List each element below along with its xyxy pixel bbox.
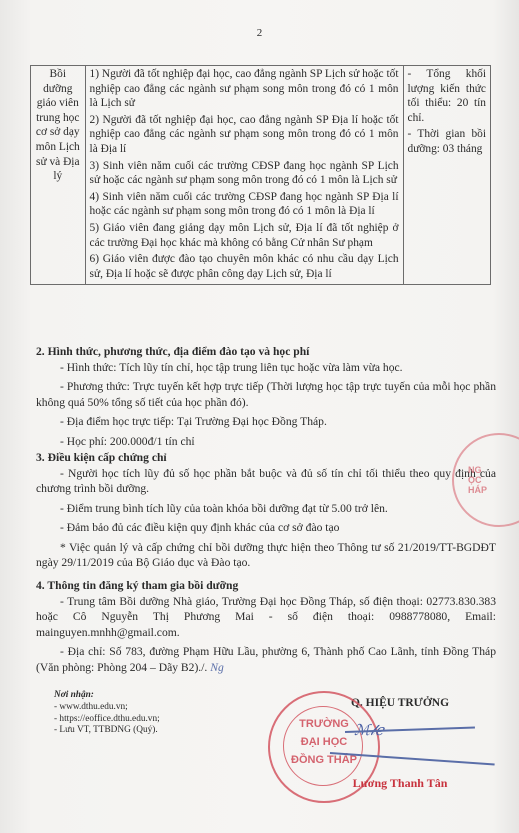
section-heading: 2. Hình thức, phương thức, địa điểm đào …	[36, 344, 496, 360]
paragraph: - Hình thức: Tích lũy tín chỉ, học tập t…	[36, 360, 496, 376]
paragraph: - Địa chỉ: Số 783, đường Phạm Hữu Lầu, p…	[36, 644, 496, 675]
eligibility-item: 6) Giáo viên được đào tạo chuyên môn khá…	[90, 252, 399, 281]
paragraph: - Trung tâm Bồi dưỡng Nhà giáo, Trường Đ…	[36, 594, 496, 641]
section-heading: 3. Điều kiện cấp chứng chỉ	[36, 450, 496, 466]
recipient-item: - Lưu VT, TTBDNG (Quý).	[54, 725, 160, 737]
paragraph: - Phương thức: Trực tuyến kết hợp trực t…	[36, 379, 496, 410]
program-table: Bồi dưỡng giáo viên trung học cơ sở dạy …	[30, 65, 491, 285]
eligibility-cell: 1) Người đã tốt nghiệp đại học, cao đẳng…	[85, 66, 403, 285]
seal-line: HÁP	[468, 485, 487, 495]
paragraph: * Việc quản lý và cấp chứng chỉ bồi dưỡn…	[36, 540, 496, 571]
paragraph: - Học phí: 200.000đ/1 tín chỉ	[36, 434, 496, 450]
section-training-format: 2. Hình thức, phương thức, địa điểm đào …	[36, 344, 496, 449]
recipient-item: - https://eoffice.dthu.edu.vn;	[54, 714, 160, 726]
page-number: 2	[0, 27, 519, 39]
seal-line: NG	[468, 465, 487, 475]
eligibility-item: 3) Sinh viên năm cuối các trường CĐSP đa…	[90, 159, 399, 188]
document-page: 2 Bồi dưỡng giáo viên trung học cơ sở dạ…	[0, 0, 519, 833]
eligibility-item: 2) Người đã tốt nghiệp đại học, cao đẳng…	[90, 113, 399, 157]
section-heading: 4. Thông tin đăng ký tham gia bồi dưỡng	[36, 578, 496, 594]
paragraph: - Địa điểm học trực tiếp: Tại Trường Đại…	[36, 414, 496, 430]
eligibility-item: 4) Sinh viên năm cuối các trường CĐSP đa…	[90, 190, 399, 219]
requirement-item: - Thời gian bồi dưỡng: 03 tháng	[408, 127, 486, 156]
table-row: Bồi dưỡng giáo viên trung học cơ sở dạy …	[31, 66, 491, 285]
recipients-title: Nơi nhận:	[54, 690, 160, 702]
requirement-item: - Tổng khối lượng kiến thức tối thiểu: 2…	[408, 67, 486, 125]
section-certificate-conditions: 3. Điều kiện cấp chứng chỉ - Người học t…	[36, 450, 496, 571]
seal-line: ỌC	[468, 475, 487, 485]
paragraph: - Người học tích lũy đủ số học phần bắt …	[36, 466, 496, 497]
paragraph: - Điểm trung bình tích lũy của toàn khóa…	[36, 501, 496, 517]
partial-seal-text: NG ỌC HÁP	[468, 465, 487, 495]
section-registration-info: 4. Thông tin đăng ký tham gia bồi dưỡng …	[36, 578, 496, 675]
eligibility-item: 5) Giáo viên đang giảng dạy môn Lịch sử,…	[90, 221, 399, 250]
recipients-block: Nơi nhận: - www.dthu.edu.vn; - https://e…	[54, 690, 160, 737]
eligibility-item: 1) Người đã tốt nghiệp đại học, cao đẳng…	[90, 67, 399, 111]
signatory-name: Lương Thanh Tân	[300, 776, 500, 791]
recipient-item: - www.dthu.edu.vn;	[54, 702, 160, 714]
requirements-cell: - Tổng khối lượng kiến thức tối thiểu: 2…	[403, 66, 490, 285]
handwritten-initial: Ng	[210, 661, 224, 674]
paragraph: - Đảm bảo đủ các điều kiện quy định khác…	[36, 520, 496, 536]
address-text: - Địa chỉ: Số 783, đường Phạm Hữu Lầu, p…	[36, 645, 496, 674]
course-name-cell: Bồi dưỡng giáo viên trung học cơ sở dạy …	[31, 66, 86, 285]
